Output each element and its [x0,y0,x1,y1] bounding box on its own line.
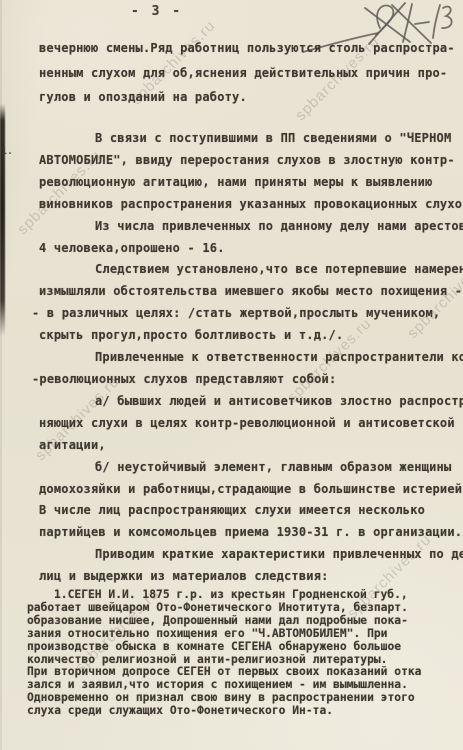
paragraph-case-segen: 1.СЕГЕН И.И. 1875 г.р. из крестьян Гродн… [27,589,463,718]
text-line: скрыть прогул,просто болтливость и т.д./… [39,325,455,347]
text-line: Следствием установлено,что все потерпевш… [39,259,455,281]
scanned-document-page: spbarchives.ru spbarchives.ru spbarchive… [0,0,463,750]
page-number: - 3 - [131,4,183,19]
text-line: ненным слухом для об,яснения действитель… [39,61,455,86]
text-line: виновников распространения указанных про… [39,194,455,216]
text-line: няющих слухи в целях контр-революционной… [39,413,455,435]
text-line: слуха среди служащих Ото-Фонетического И… [27,705,463,718]
text-line: В связи с поступившими в ПП сведениями о… [39,128,455,150]
text-line: В числе лиц распространяющих слухи имеет… [39,500,455,522]
text-line: Приводим краткие характеристики привлече… [39,544,455,566]
text-line: партийцев и комсомольцев приема 1930-31 … [39,522,455,544]
text-line: вечернюю смены.Ряд работниц пользуются с… [39,36,455,61]
text-line: а/ бывших людей и антисоветчиков злостно… [39,391,455,413]
text-line: работает швейцаром Ото-Фонетического Ино… [27,602,463,615]
text-line: лиц и выдержки из материалов следствия: [39,566,455,588]
text-line: образование нисшее, Допрошенный нами дал… [27,615,463,628]
text-line: 1.СЕГЕН И.И. 1875 г.р. из крестьян Гродн… [27,589,463,602]
text-line: гулов и опозданий на работу. [39,85,455,110]
text-line: Из числа привлеченных по данному делу на… [39,216,455,238]
paragraph-main-body: В связи с поступившими в ПП сведениями о… [39,128,455,588]
paragraph-intro: вечернюю смены.Ряд работниц пользуются с… [39,36,455,110]
text-line: Привлеченные к ответственности распростр… [39,347,455,369]
text-line: 4 человека,опрошено - 16. [39,238,455,260]
text-line: зания относительно похищения его "Ч.АВТО… [27,628,463,641]
text-line: - в различных целях: /стать жертвой,прос… [32,303,455,325]
text-line: производстве обыска в комнате СЕГЕНА обн… [27,641,463,654]
text-line: агитации, [39,435,455,457]
text-line: измышляли обстоятельства имевшего якобы … [39,281,455,303]
scan-edge-shadow [0,104,5,336]
margin-artifact: 1. [1,146,13,157]
text-line: домохозяйки и работницы,страдающие в бол… [39,479,455,501]
text-line: революционную агитацию, нами приняты мер… [39,172,455,194]
text-line: АВТОМОБИЛЕ", ввиду переростания слухов в… [39,150,455,172]
text-line: -революционных слухов представляют собой… [32,369,455,391]
text-line: б/ неустойчивый элемент, главным образом… [39,457,455,479]
